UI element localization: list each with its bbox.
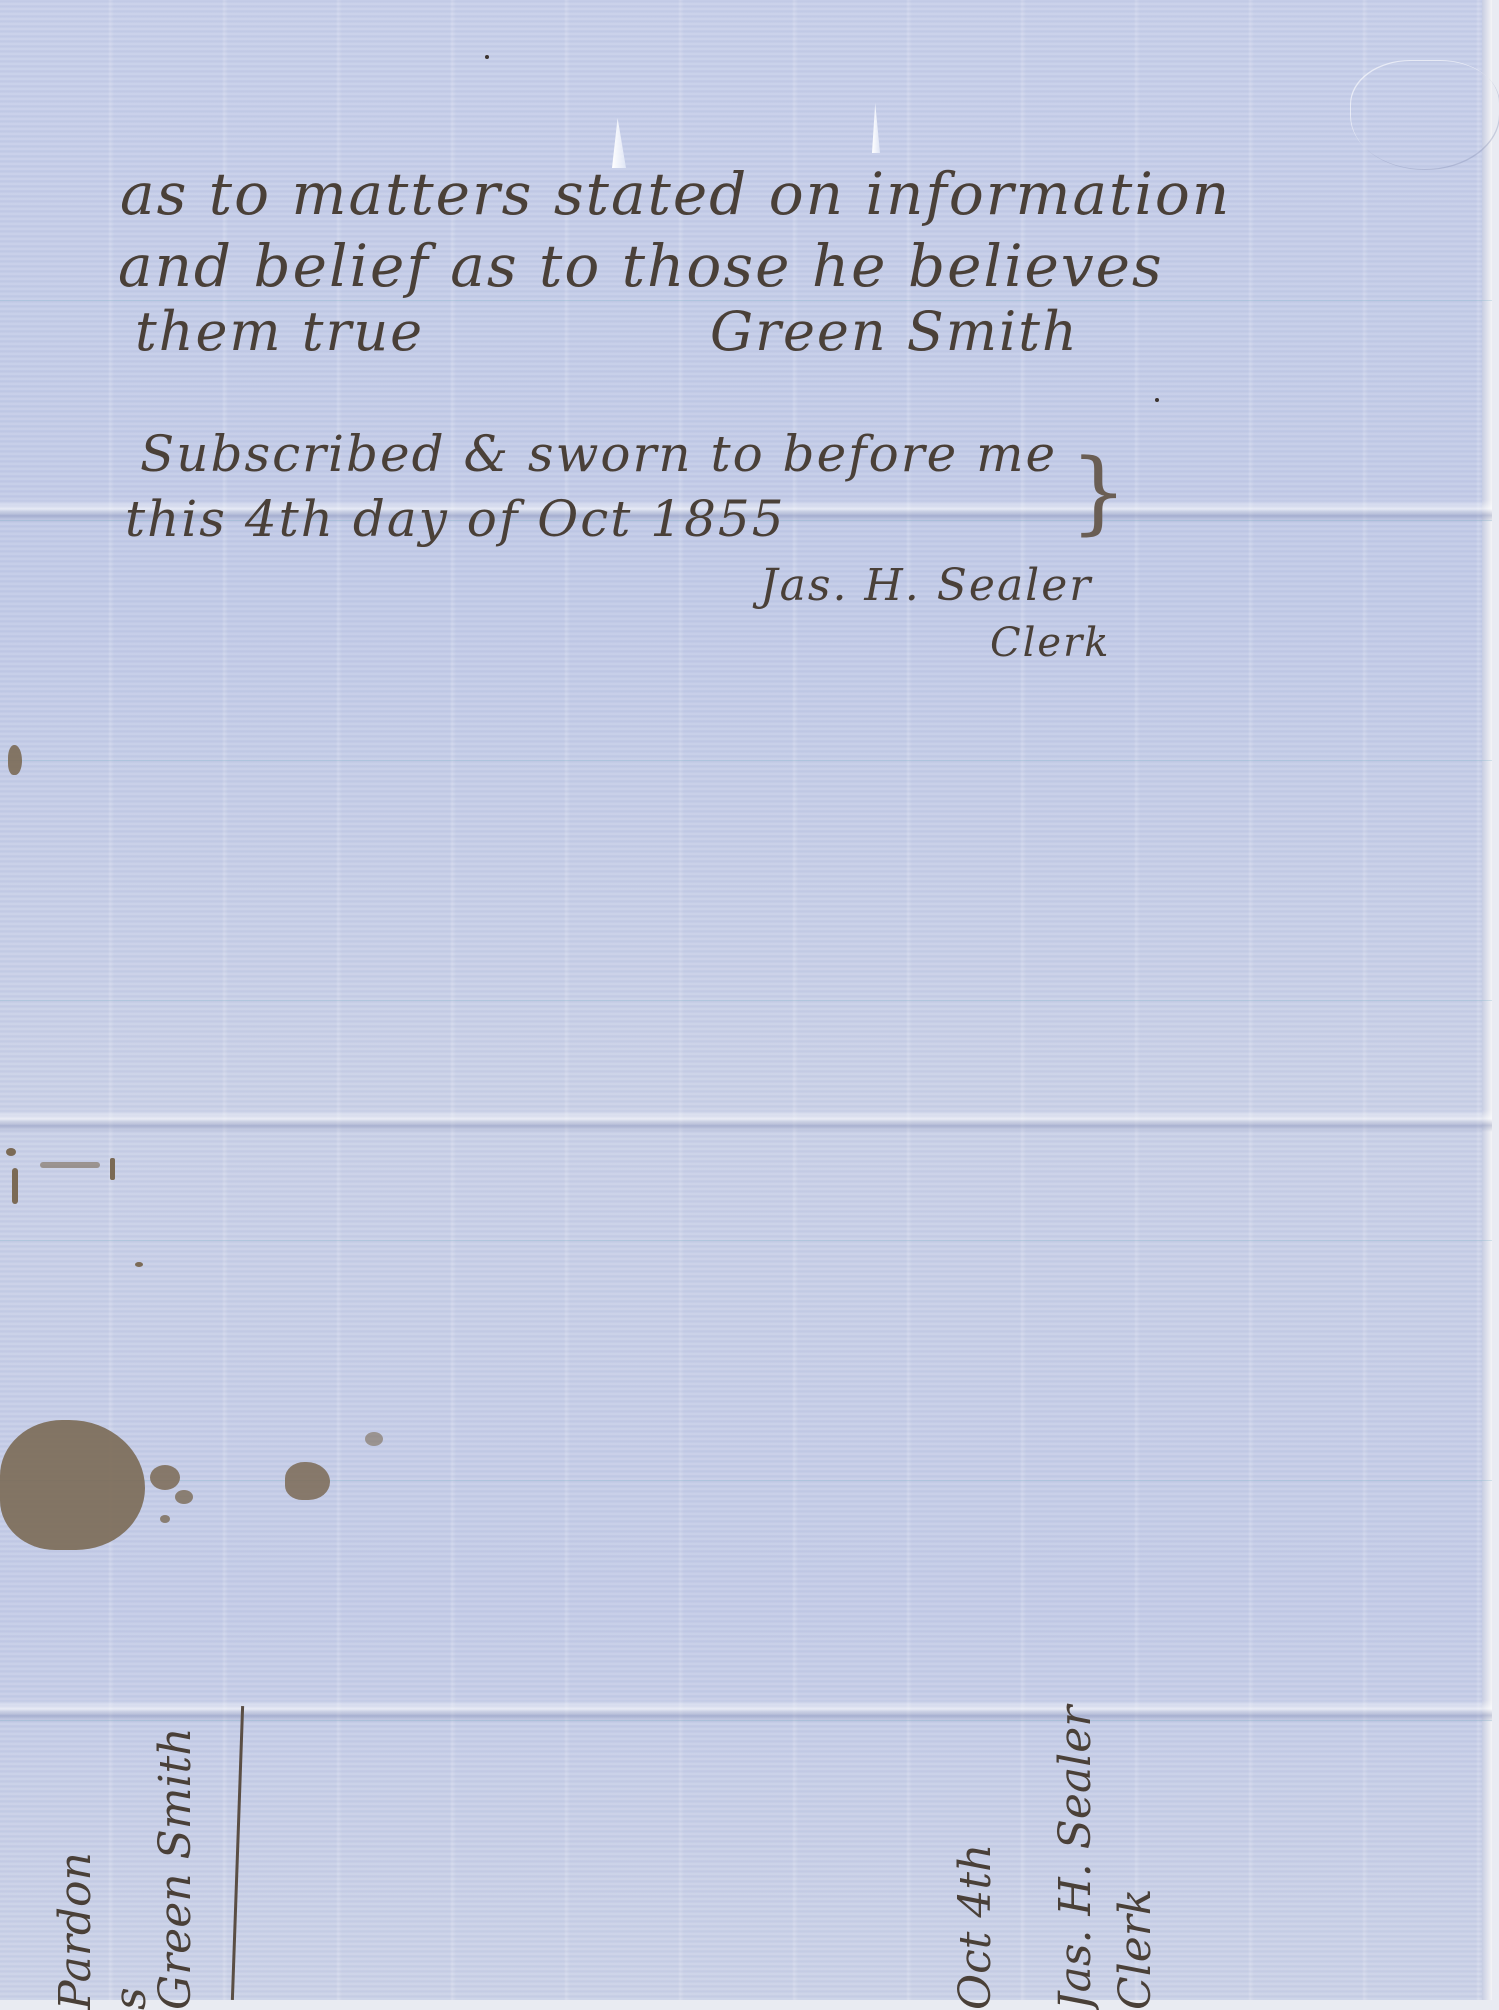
affiant-signature: Green Smith bbox=[710, 300, 1079, 363]
body-line-1: as to matters stated on information bbox=[120, 160, 1231, 228]
ink-stain bbox=[12, 1168, 18, 1204]
jurat-brace: } bbox=[1070, 440, 1129, 545]
body-line-3: them true bbox=[135, 300, 424, 363]
ink-stain bbox=[150, 1465, 180, 1490]
ink-stain bbox=[135, 1262, 143, 1267]
official-title: Clerk bbox=[990, 620, 1110, 666]
ink-dot bbox=[1155, 398, 1159, 402]
ink-stain bbox=[175, 1490, 193, 1504]
docket-left-line-1: Pardon bbox=[50, 1852, 101, 2000]
ruled-line bbox=[0, 1480, 1492, 1481]
paper-fold bbox=[0, 1110, 1492, 1132]
ink-dot bbox=[485, 55, 489, 59]
ruled-line bbox=[0, 760, 1492, 761]
ink-stain bbox=[40, 1162, 100, 1168]
ink-stain-large bbox=[0, 1420, 145, 1550]
ink-stain bbox=[160, 1515, 170, 1523]
docket-right-line-3: Clerk bbox=[1110, 1889, 1161, 2000]
document-page: as to matters stated on information and … bbox=[0, 0, 1492, 2000]
embossed-seal-icon bbox=[1350, 60, 1499, 170]
docket-left-line-2: s bbox=[105, 1987, 156, 2000]
docket-rule bbox=[231, 1706, 244, 2000]
jurat-line-1: Subscribed & sworn to before me bbox=[140, 425, 1057, 483]
docket-left-line-3: Green Smith bbox=[150, 1727, 201, 2000]
jurat-line-2: this 4th day of Oct 1855 bbox=[125, 490, 786, 548]
ink-stain bbox=[8, 745, 22, 775]
docket-right-line-1: Oct 4th bbox=[950, 1844, 1001, 2000]
official-signature: Jas. H. Sealer bbox=[760, 560, 1092, 611]
ruled-line bbox=[0, 1240, 1492, 1241]
ink-stain bbox=[6, 1148, 16, 1156]
ink-stain bbox=[365, 1432, 383, 1446]
paper-tear bbox=[872, 103, 880, 153]
body-line-2: and belief as to those he believes bbox=[118, 232, 1164, 300]
ruled-line bbox=[0, 1000, 1492, 1001]
docket-right-line-2: Jas. H. Sealer bbox=[1050, 1706, 1101, 2000]
ink-stain bbox=[285, 1462, 330, 1500]
ink-stain bbox=[110, 1158, 115, 1180]
paper-fold bbox=[0, 1700, 1492, 1722]
